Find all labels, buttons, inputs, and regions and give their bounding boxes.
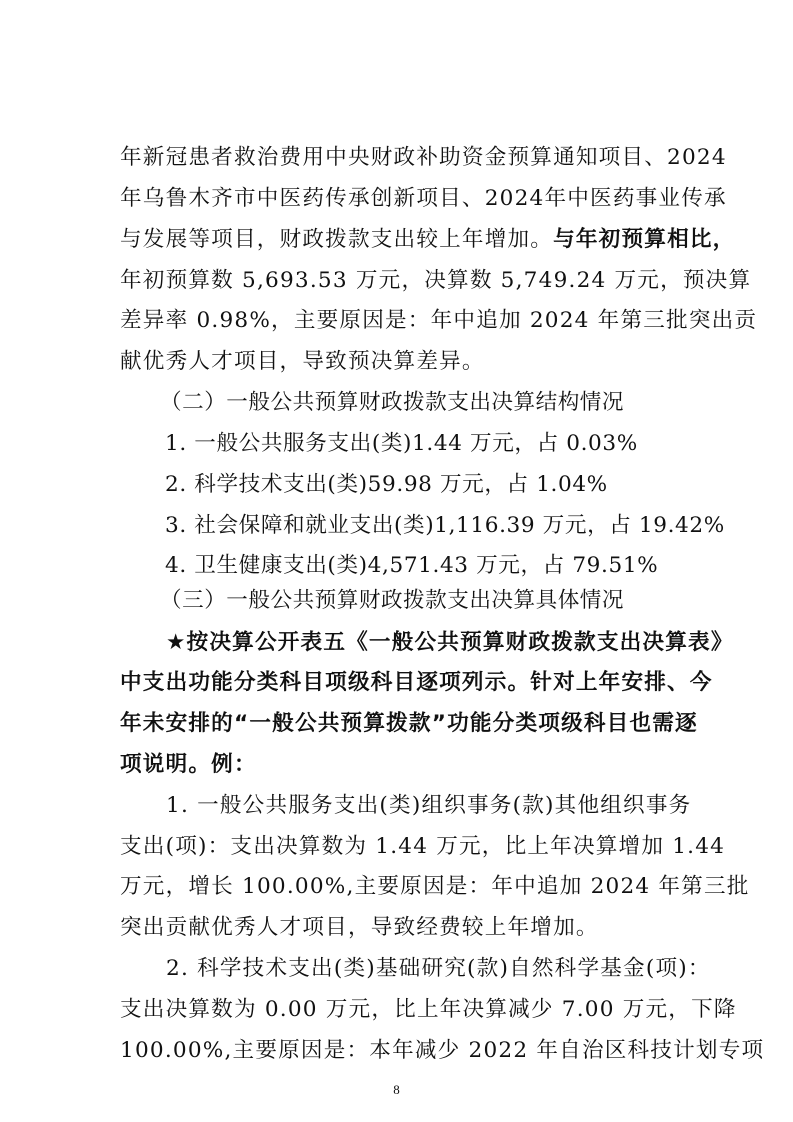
structure-item: 4. 卫生健康支出(类)4,571.43 万元，占 79.51% xyxy=(165,549,717,583)
structure-item: 2. 科学技术支出(类)59.98 万元，占 1.04% xyxy=(165,468,717,502)
paragraph-line: 年初预算数 5,693.53 万元，决算数 5,749.24 万元，预决算 xyxy=(120,264,672,298)
bold-phrase: 与年初预算相比， xyxy=(553,227,735,252)
instruction-note-line: 年未安排的“一般公共预算拨款”功能分类项级科目也需逐 xyxy=(120,707,672,741)
example-line: 2. 科学技术支出(类)基础研究(款)自然科学基金(项)： xyxy=(166,952,672,986)
example-line: 突出贡献优秀人才项目，导致经费较上年增加。 xyxy=(120,911,672,945)
page-number: 8 xyxy=(0,1082,793,1098)
structure-item: 3. 社会保障和就业支出(类)1,116.39 万元，占 19.42% xyxy=(165,509,717,543)
document-page: 年新冠患者救治费用中央财政补助资金预算通知项目、2024 年乌鲁木齐市中医药传承… xyxy=(0,0,793,1122)
paragraph-text: 与发展等项目，财政拨款支出较上年增加。 xyxy=(120,227,553,252)
section-heading: （二）一般公共预算财政拨款支出决算结构情况 xyxy=(160,386,680,420)
instruction-note-line: 项说明。例： xyxy=(120,748,672,782)
paragraph-line: 差异率 0.98%，主要原因是：年中追加 2024 年第三批突出贡 xyxy=(120,304,672,338)
example-line: 100.00%,主要原因是：本年减少 2022 年自治区科技计划专项 xyxy=(120,1034,672,1068)
example-line: 万元，增长 100.00%,主要原因是：年中追加 2024 年第三批 xyxy=(120,870,672,904)
instruction-note-line: ★按决算公开表五《一般公共预算财政拨款支出决算表》 xyxy=(166,626,672,660)
example-line: 1. 一般公共服务支出(类)组织事务(款)其他组织事务 xyxy=(166,789,672,823)
structure-item: 1. 一般公共服务支出(类)1.44 万元，占 0.03% xyxy=(165,427,717,461)
example-line: 支出(项)：支出决算数为 1.44 万元，比上年决算增加 1.44 xyxy=(120,830,672,864)
paragraph-line: 年乌鲁木齐市中医药传承创新项目、2024年中医药事业传承 xyxy=(120,182,672,216)
section-heading: （三）一般公共预算财政拨款支出决算具体情况 xyxy=(160,584,680,618)
paragraph-line: 献优秀人才项目，导致预决算差异。 xyxy=(120,345,672,379)
paragraph-line: 与发展等项目，财政拨款支出较上年增加。与年初预算相比， xyxy=(120,223,672,257)
example-line: 支出决算数为 0.00 万元，比上年决算减少 7.00 万元，下降 xyxy=(120,993,672,1027)
paragraph-line: 年新冠患者救治费用中央财政补助资金预算通知项目、2024 xyxy=(120,141,672,175)
instruction-note-line: 中支出功能分类科目项级科目逐项列示。针对上年安排、今 xyxy=(120,666,672,700)
